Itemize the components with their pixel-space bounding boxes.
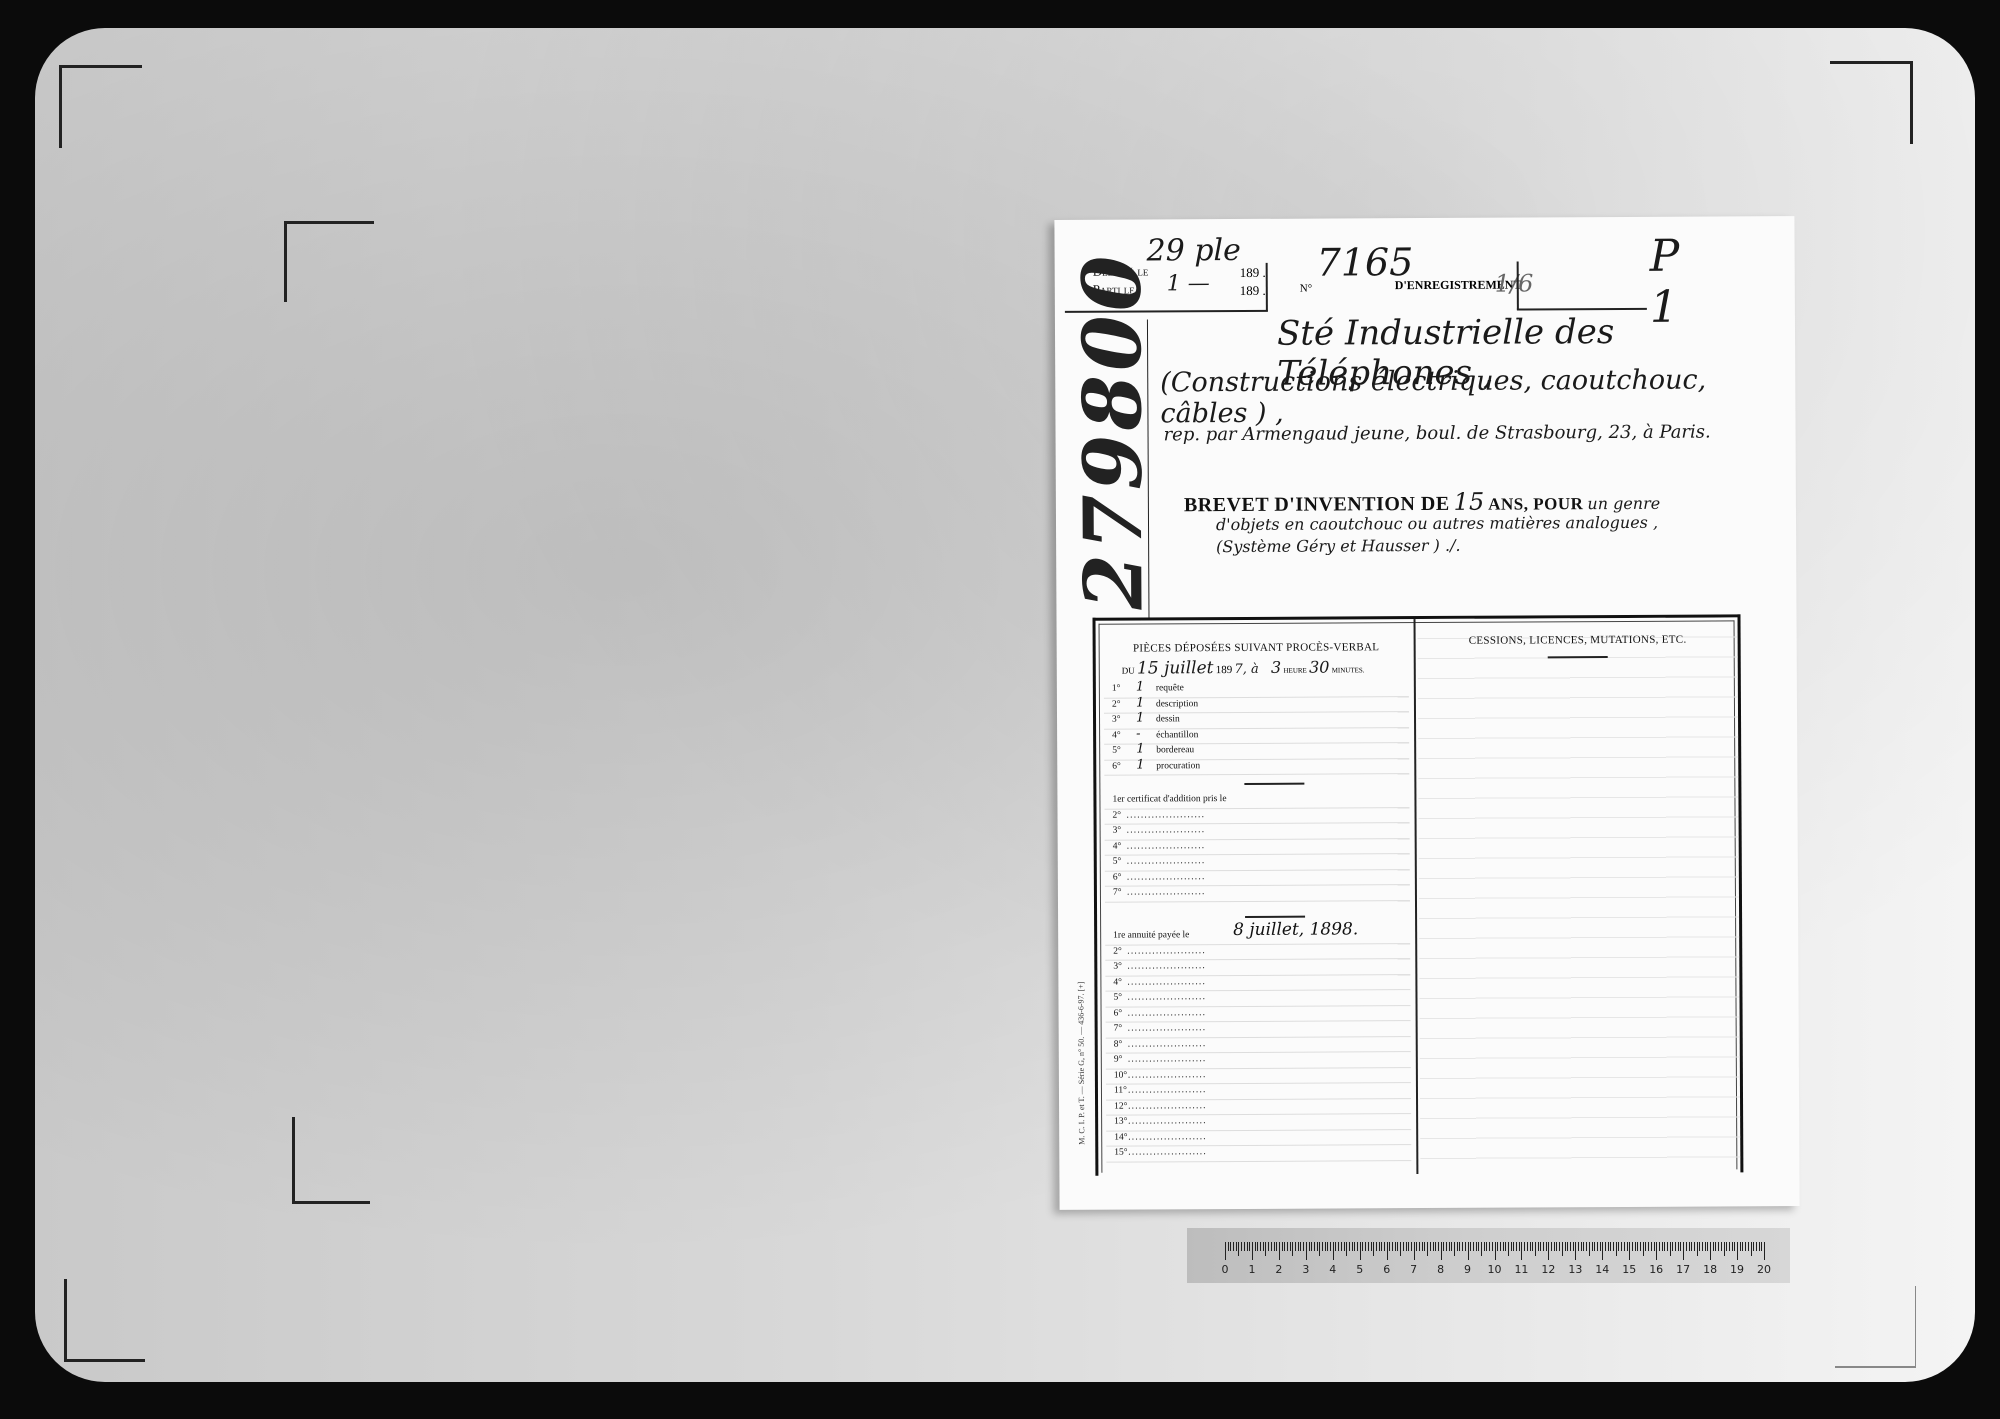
certificat-row: 2°...................... (1104, 808, 1409, 825)
ruler-tick (1756, 1242, 1757, 1251)
ruler-tick (1565, 1242, 1566, 1251)
parti-value: 1 — (1167, 271, 1210, 296)
ruler-tick (1602, 1242, 1603, 1260)
ruler-tick (1435, 1242, 1436, 1251)
ruler-tick (1478, 1242, 1479, 1251)
ruler-tick (1562, 1242, 1563, 1256)
ruler-tick (1365, 1242, 1366, 1251)
ruler-tick (1567, 1242, 1568, 1251)
measurement-ruler: 01234567891011121314151617181920 (1187, 1228, 1790, 1283)
section-separator (1245, 915, 1305, 917)
annuite-dots: ...................... (1128, 1008, 1207, 1018)
printer-imprint: M. C. I. P. et T. — Série G, n° 50. — 43… (1076, 925, 1086, 1145)
ruler-tick (1589, 1242, 1590, 1256)
ruler-label: 1 (1248, 1263, 1255, 1276)
ruler-tick (1244, 1242, 1245, 1251)
annuite-dots: ...................... (1127, 992, 1206, 1002)
ruler-tick (1309, 1242, 1310, 1251)
ruler-tick (1424, 1242, 1425, 1251)
ruler-label: 9 (1464, 1263, 1471, 1276)
annuite-dots: ...................... (1128, 1116, 1207, 1126)
ruler-tick (1298, 1242, 1299, 1251)
ruler-tick (1306, 1242, 1307, 1260)
ruler-tick (1573, 1242, 1574, 1251)
ruler-tick (1341, 1242, 1342, 1251)
ruler-label: 11 (1514, 1263, 1528, 1276)
registration-box-left-border (1517, 262, 1519, 310)
annuite-dots: ...................... (1127, 977, 1206, 987)
cessions-column: CESSIONS, LICENCES, MUTATIONS, ETC. (1418, 617, 1741, 1174)
piece-num: 1° (1112, 684, 1136, 694)
ruler-label: 5 (1356, 1263, 1363, 1276)
piece-qty: 1 (1136, 710, 1144, 725)
patent-number-vertical: 279800 (1065, 349, 1156, 609)
ruler-tick (1271, 1242, 1272, 1251)
ruler-tick (1416, 1242, 1417, 1251)
ruler-tick (1516, 1242, 1517, 1251)
ruler-tick (1745, 1242, 1746, 1251)
ruler-tick (1330, 1242, 1331, 1251)
ruler-tick (1570, 1242, 1571, 1251)
ruler-tick (1284, 1242, 1285, 1251)
crop-mark-top-left-outer (59, 65, 142, 148)
certificat-row: 7°...................... (1105, 885, 1410, 902)
brevet-suffix: ANS, POUR (1488, 494, 1583, 513)
ruler-label: 12 (1541, 1263, 1555, 1276)
ruler-tick (1618, 1242, 1619, 1251)
ruler-tick (1697, 1242, 1698, 1256)
crop-mark-bottom-left-inner (292, 1117, 370, 1204)
ruler-tick (1476, 1242, 1477, 1251)
ruler-tick (1468, 1242, 1469, 1260)
ruler-tick (1274, 1242, 1275, 1251)
ruler-tick (1732, 1242, 1733, 1251)
ruler-tick (1392, 1242, 1393, 1251)
pieces-heading: PIÈCES DÉPOSÉES SUIVANT PROCÈS-VERBAL (1104, 641, 1409, 655)
ruler-tick (1403, 1242, 1404, 1251)
patent-card: Délivré le 29 ple 189 . Parti le 1 — 189… (1054, 216, 1799, 1210)
ruler-tick (1457, 1242, 1458, 1251)
registration-no-prefix: N° (1300, 283, 1312, 295)
ruler-label: 3 (1302, 1263, 1309, 1276)
piece-label: dessin (1156, 714, 1180, 724)
ruler-tick (1419, 1242, 1420, 1251)
certificat-dots: ...................... (1127, 810, 1206, 820)
ruler-tick (1742, 1242, 1743, 1251)
pieces-du-label: DU (1122, 666, 1135, 676)
ruler-tick (1486, 1242, 1487, 1251)
ruler-tick (1694, 1242, 1695, 1251)
piece-qty: 1 (1136, 741, 1144, 756)
ruler-tick (1333, 1242, 1334, 1260)
ruler-tick (1443, 1242, 1444, 1251)
pieces-minutes-label: MINUTES. (1332, 666, 1365, 674)
ruler-tick (1430, 1242, 1431, 1251)
ruler-tick (1540, 1242, 1541, 1251)
ruler-tick (1376, 1242, 1377, 1251)
ruler-tick (1610, 1242, 1611, 1251)
ruler-tick (1257, 1242, 1258, 1251)
piece-num: 5° (1112, 746, 1136, 756)
piece-row: 6°1procuration (1104, 759, 1409, 776)
annuite-dots: ...................... (1128, 1085, 1207, 1095)
ruler-tick (1276, 1242, 1277, 1251)
ruler-tick (1578, 1242, 1579, 1251)
ruler-tick (1414, 1242, 1415, 1260)
ruler-tick (1551, 1242, 1552, 1251)
ruler-tick (1519, 1242, 1520, 1251)
ruler-tick (1608, 1242, 1609, 1251)
ruler-tick (1751, 1242, 1752, 1256)
ruler-tick (1753, 1242, 1754, 1251)
ruler-label: 13 (1568, 1263, 1582, 1276)
annuite-dots: ...................... (1128, 1070, 1207, 1080)
ruler-tick (1737, 1242, 1738, 1260)
ruler-tick (1670, 1242, 1671, 1256)
annuite-row: 6°...................... (1106, 1006, 1411, 1023)
piece-num: 3° (1112, 715, 1136, 725)
ruler-tick (1400, 1242, 1401, 1256)
ruler-label: 2 (1275, 1263, 1282, 1276)
ruler-tick (1613, 1242, 1614, 1251)
ruler-tick (1546, 1242, 1547, 1251)
ruler-tick (1470, 1242, 1471, 1251)
piece-label: échantillon (1156, 730, 1198, 740)
ruler-label: 20 (1757, 1263, 1771, 1276)
annuite-row: 2°...................... (1105, 944, 1410, 961)
ruler-tick (1282, 1242, 1283, 1251)
pieces-date: 15 juillet (1137, 658, 1214, 678)
ruler-tick (1729, 1242, 1730, 1251)
pieces-minutes: 30 (1309, 658, 1329, 677)
ruler-tick (1645, 1242, 1646, 1251)
certificat-dots: ...................... (1127, 856, 1206, 866)
ruler-label: 0 (1222, 1263, 1229, 1276)
certificat-dots: ...................... (1127, 825, 1206, 835)
ruler-tick (1325, 1242, 1326, 1251)
ruler-tick (1362, 1242, 1363, 1251)
delivre-year: 189 . (1240, 265, 1266, 281)
ruler-tick (1656, 1242, 1657, 1260)
annuite-dots: ...................... (1128, 1039, 1207, 1049)
ruler-tick (1680, 1242, 1681, 1251)
crop-mark-top-right-outer (1830, 61, 1913, 144)
ruler-tick (1710, 1242, 1711, 1260)
annuite-row: 14°...................... (1106, 1130, 1411, 1147)
ruler-tick (1441, 1242, 1442, 1260)
piece-row: 2°1description (1104, 697, 1409, 714)
ruler-tick (1279, 1242, 1280, 1260)
ruler-tick (1592, 1242, 1593, 1251)
annuite-row: 8°...................... (1106, 1037, 1411, 1054)
annuite-row: 11°...................... (1106, 1083, 1411, 1100)
ruler-tick (1268, 1242, 1269, 1251)
ruler-tick (1422, 1242, 1423, 1251)
ruler-tick (1575, 1242, 1576, 1260)
ruler-tick (1492, 1242, 1493, 1251)
ruler-tick (1481, 1242, 1482, 1256)
ruler-tick (1524, 1242, 1525, 1251)
ruler-tick (1621, 1242, 1622, 1251)
ruler-tick (1740, 1242, 1741, 1251)
ruler-tick (1473, 1242, 1474, 1251)
ruler-tick (1535, 1242, 1536, 1256)
ruler-tick (1252, 1242, 1253, 1260)
piece-row: 4°-échantillon (1104, 728, 1409, 745)
ruler-tick (1699, 1242, 1700, 1251)
ruler-tick (1554, 1242, 1555, 1251)
ruler-label: 8 (1437, 1263, 1444, 1276)
annuite-first-label: 1re annuité payée le (1113, 930, 1189, 940)
ruler-tick (1427, 1242, 1428, 1256)
cessions-separator (1548, 656, 1608, 658)
annuite-dots: ...................... (1127, 961, 1206, 971)
ruler-tick (1406, 1242, 1407, 1251)
ruler-tick (1236, 1242, 1237, 1251)
ruler-tick (1387, 1242, 1388, 1260)
ruler-tick (1707, 1242, 1708, 1251)
crop-mark-bottom-right-outer (1835, 1286, 1916, 1368)
registration-annotation: 1/6 (1495, 269, 1534, 297)
registry-table: PIÈCES DÉPOSÉES SUIVANT PROCÈS-VERBAL DU… (1092, 614, 1743, 1175)
ruler-tick (1662, 1242, 1663, 1251)
ruler-tick (1371, 1242, 1372, 1251)
certificat-dots: ...................... (1127, 872, 1206, 882)
certificat-dots: ...................... (1127, 887, 1206, 897)
ruler-tick (1616, 1242, 1617, 1256)
crop-mark-top-left-inner (284, 221, 374, 302)
ruler-tick (1689, 1242, 1690, 1251)
ruler-tick (1465, 1242, 1466, 1251)
ruler-tick (1691, 1242, 1692, 1251)
ruler-label: 14 (1595, 1263, 1609, 1276)
annuite-row: 9°...................... (1106, 1052, 1411, 1069)
piece-row: 1°1requête (1104, 681, 1409, 698)
ruler-tick (1759, 1242, 1760, 1251)
ruler-tick (1648, 1242, 1649, 1251)
ruler-label: 17 (1676, 1263, 1690, 1276)
ruler-tick (1397, 1242, 1398, 1251)
certificat-rows: 2°......................3°..............… (1104, 808, 1409, 903)
ruler-tick (1629, 1242, 1630, 1260)
ruler-tick (1675, 1242, 1676, 1251)
ruler-tick (1672, 1242, 1673, 1251)
ruler-tick (1384, 1242, 1385, 1251)
ruler-tick (1354, 1242, 1355, 1251)
ruler-tick (1241, 1242, 1242, 1251)
ruler-tick (1454, 1242, 1455, 1256)
ruler-tick (1659, 1242, 1660, 1251)
annuite-dots: ...................... (1127, 946, 1206, 956)
annuite-row: 10°...................... (1106, 1068, 1411, 1085)
ruler-tick (1462, 1242, 1463, 1251)
ruler-tick (1702, 1242, 1703, 1251)
certificat-row: 4°...................... (1105, 839, 1410, 856)
piece-qty: - (1136, 726, 1140, 741)
ruler-tick (1433, 1242, 1434, 1251)
ruler-tick (1295, 1242, 1296, 1251)
ruler-tick (1344, 1242, 1345, 1251)
ruler-tick (1654, 1242, 1655, 1251)
ruler-tick (1349, 1242, 1350, 1251)
header-box-right-border (1266, 263, 1268, 311)
ruler-tick (1228, 1242, 1229, 1251)
ruler-tick (1643, 1242, 1644, 1256)
ruler-tick (1538, 1242, 1539, 1251)
ruler-tick (1511, 1242, 1512, 1251)
annuite-first-value: 8 juillet, 1898. (1233, 919, 1358, 940)
crop-mark-bottom-left-outer (64, 1279, 145, 1362)
annuite-row: 3°...................... (1105, 959, 1410, 976)
piece-row: 5°1bordereau (1104, 743, 1409, 760)
ruler-tick (1352, 1242, 1353, 1251)
ruler-tick (1503, 1242, 1504, 1251)
piece-qty: 1 (1136, 757, 1144, 772)
ruler-label: 16 (1649, 1263, 1663, 1276)
ruler-tick (1734, 1242, 1735, 1251)
pieces-date-line: DU 15 juillet 189 7, à 3 HEURE 30 MINUTE… (1122, 657, 1409, 679)
cessions-heading: CESSIONS, LICENCES, MUTATIONS, ETC. (1418, 633, 1738, 647)
annuite-dots: ...................... (1128, 1132, 1207, 1142)
ruler-tick (1287, 1242, 1288, 1251)
ruler-label: 10 (1488, 1263, 1502, 1276)
ruler-tick (1530, 1242, 1531, 1251)
annuite-dots: ...................... (1128, 1054, 1207, 1064)
ruler-tick (1586, 1242, 1587, 1251)
piece-num: 2° (1112, 699, 1136, 709)
ruler-tick (1489, 1242, 1490, 1251)
ruler-tick (1594, 1242, 1595, 1251)
certificat-row: 3°...................... (1105, 823, 1410, 840)
ruler-tick (1764, 1242, 1765, 1260)
ruler-tick (1500, 1242, 1501, 1251)
annuite-row: 7°...................... (1106, 1021, 1411, 1038)
ruler-tick (1311, 1242, 1312, 1251)
ruler-tick (1290, 1242, 1291, 1251)
certificat-dots: ...................... (1127, 841, 1206, 851)
ruler-tick (1255, 1242, 1256, 1251)
ruler-tick (1724, 1242, 1725, 1256)
ruler-tick (1527, 1242, 1528, 1251)
ruler-tick (1322, 1242, 1323, 1251)
annuite-row: 12°...................... (1106, 1099, 1411, 1116)
ruler-tick (1683, 1242, 1684, 1260)
parti-year: 189 . (1240, 283, 1266, 299)
ruler-tick (1314, 1242, 1315, 1251)
ruler-tick (1713, 1242, 1714, 1251)
pieces-hour: 3 (1271, 658, 1281, 677)
ruler-tick (1381, 1242, 1382, 1251)
annuite-dots: ...................... (1128, 1147, 1207, 1157)
ruler-tick (1726, 1242, 1727, 1251)
piece-num: 6° (1112, 761, 1136, 771)
ruler-tick (1317, 1242, 1318, 1251)
section-separator (1244, 783, 1304, 785)
ruler-tick (1521, 1242, 1522, 1260)
ruler-tick (1495, 1242, 1496, 1260)
ruler-tick (1497, 1242, 1498, 1251)
ruler-tick (1357, 1242, 1358, 1251)
ruler-tick (1581, 1242, 1582, 1251)
ruler-tick (1233, 1242, 1234, 1251)
holder-description: (Constructions électriques, caoutchouc, … (1160, 364, 1795, 429)
ruler-tick (1303, 1242, 1304, 1251)
registration-box-bottom-border (1517, 308, 1647, 311)
ruler-tick (1300, 1242, 1301, 1251)
ruler-tick (1678, 1242, 1679, 1251)
annuite-row: 15°...................... (1106, 1145, 1411, 1162)
ruler-tick (1583, 1242, 1584, 1251)
ruler-tick (1360, 1242, 1361, 1260)
ruler-tick (1624, 1242, 1625, 1251)
ruler-tick (1543, 1242, 1544, 1251)
ruler-tick (1600, 1242, 1601, 1251)
ruler-tick (1438, 1242, 1439, 1251)
annuite-row: 4°...................... (1105, 975, 1410, 992)
brevet-years: 15 (1454, 488, 1485, 516)
ruler-tick (1505, 1242, 1506, 1251)
pieces-year-prefix: 189 (1216, 664, 1233, 676)
ruler-tick (1640, 1242, 1641, 1251)
ruler-tick (1265, 1242, 1266, 1256)
ruler-tick (1335, 1242, 1336, 1251)
ruler-tick (1597, 1242, 1598, 1251)
ruler-tick (1686, 1242, 1687, 1251)
piece-label: bordereau (1156, 745, 1194, 755)
brevet-subject-line1: un genre (1587, 494, 1660, 513)
ruler-tick (1263, 1242, 1264, 1251)
ruler-tick (1605, 1242, 1606, 1251)
piece-qty: 1 (1136, 695, 1144, 710)
piece-num: 4° (1112, 730, 1136, 740)
ruler-tick (1718, 1242, 1719, 1251)
ruler-tick (1238, 1242, 1239, 1256)
ruler-label: 18 (1703, 1263, 1717, 1276)
piece-label: description (1156, 699, 1198, 709)
ruler-tick (1346, 1242, 1347, 1256)
ruler-tick (1225, 1242, 1226, 1260)
holder-representative: rep. par Armengaud jeune, boul. de Stras… (1163, 422, 1710, 446)
ruler-tick (1748, 1242, 1749, 1251)
ruler-tick (1451, 1242, 1452, 1251)
ruler-label: 6 (1383, 1263, 1390, 1276)
pieces-year-suffix: 7, à (1234, 662, 1258, 677)
ruler-tick (1319, 1242, 1320, 1256)
ruler-tick (1373, 1242, 1374, 1256)
ruler-tick (1627, 1242, 1628, 1251)
ruler-tick (1408, 1242, 1409, 1251)
annuite-dots: ...................... (1128, 1023, 1207, 1033)
ruler-tick (1705, 1242, 1706, 1251)
annuite-rows: 2°......................3°..............… (1105, 944, 1411, 1163)
ruler-tick (1368, 1242, 1369, 1251)
ruler-tick (1411, 1242, 1412, 1251)
piece-label: requête (1156, 683, 1184, 693)
pieces-list: 1°1requête 2°1description 3°1dessin 4°-é… (1104, 681, 1409, 776)
piece-label: procuration (1156, 761, 1200, 771)
ruler-tick (1446, 1242, 1447, 1251)
annuite-first-row: 1re annuité payée le 8 juillet, 1898. (1105, 925, 1410, 946)
ruler-label: 4 (1329, 1263, 1336, 1276)
ruler-tick (1292, 1242, 1293, 1256)
ruler-tick (1484, 1242, 1485, 1251)
annuite-row: 5°...................... (1105, 990, 1410, 1007)
annuite-row: 13°...................... (1106, 1114, 1411, 1131)
ruler-tick (1379, 1242, 1380, 1251)
ruler-tick (1249, 1242, 1250, 1251)
ruler-tick (1459, 1242, 1460, 1251)
ruler-tick (1532, 1242, 1533, 1251)
